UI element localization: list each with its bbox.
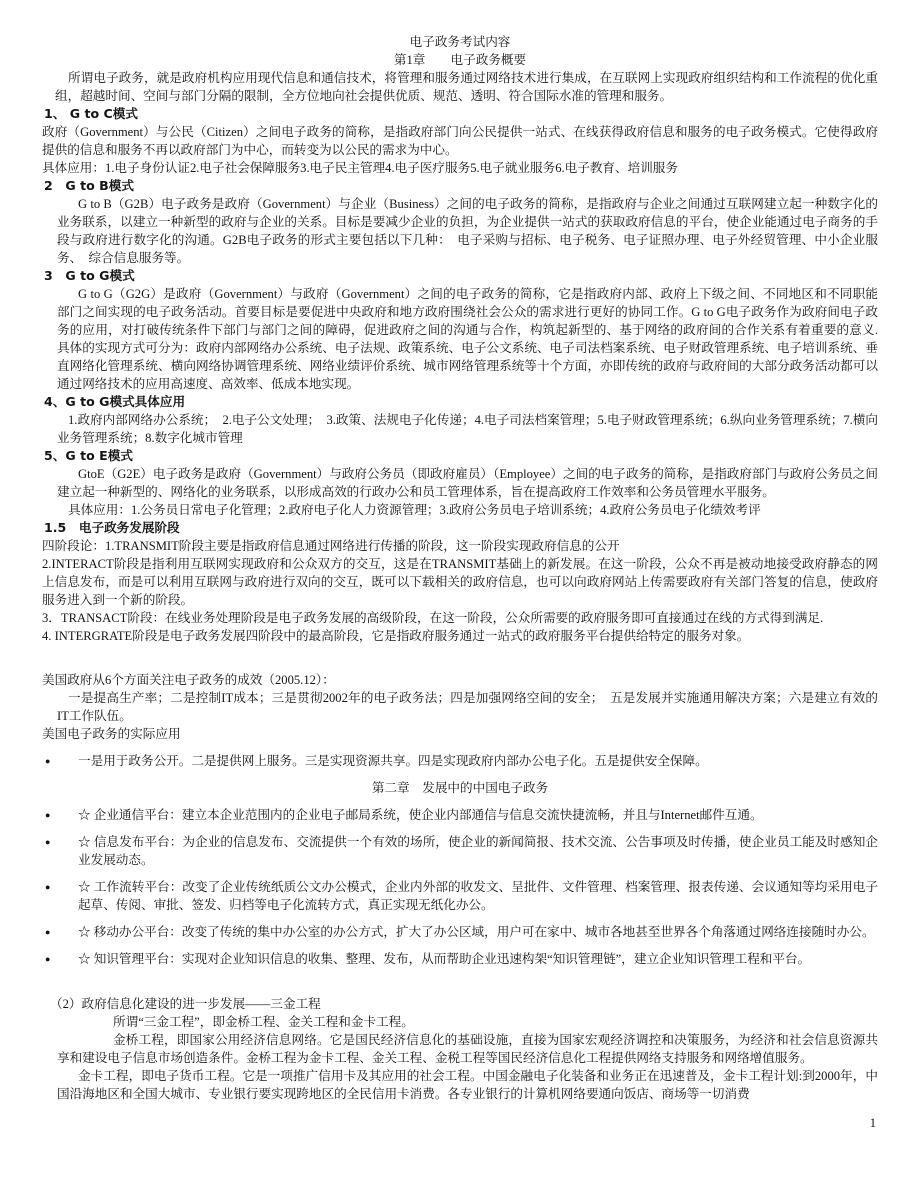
us-usage-heading: 美国电子政务的实际应用 [42,725,878,743]
list-item-platform-communication: ● ☆ 企业通信平台：建立本企业范围内的企业电子邮局系统，使企业内部通信与信息交… [42,806,878,824]
stage-interact: 2.INTERACT阶段是指利用互联网实现政府和公众双方的交互，这是在TRANS… [42,555,878,609]
sanjin-jinqiao: 金桥工程，即国家公用经济信息网络。它是国民经济信息化的基础设施，直接为国家宏观经… [42,1031,878,1067]
gtog-apps-body: 1.政府内部网络办公系统； 2.电子公文处理； 3.政策、法规电子化传递；4.电… [42,411,878,447]
bullet-icon: ● [42,833,78,869]
bullet-icon: ● [42,806,78,824]
gtob-body: G to B（G2B）电子政务是政府（Government）与企业（Busine… [42,195,878,267]
list-item-platform-publishing: ● ☆ 信息发布平台：为企业的信息发布、交流提供一个有效的场所，使企业的新闻简报… [42,833,878,869]
chapter2-heading: 第二章 发展中的中国电子政务 [42,779,878,797]
spacer [42,645,878,671]
spacer [42,977,878,995]
us-usage-text: 一是用于政务公开。二是提供网上服务。三是实现资源共享。四是实现政府内部办公电子化… [78,752,878,770]
sanjin-intro: 所谓“三金工程”，即金桥工程、金关工程和金卡工程。 [42,1013,878,1031]
us-focus-heading: 美国政府从6个方面关注电子政务的成效（2005.12）： [42,671,878,689]
gtoe-apps: 具体应用：1.公务员日常电子化管理；2.政府电子化人力资源管理；3.政府公务员电… [42,501,878,519]
sanjin-jinka: 金卡工程，即电子货币工程。它是一项推广信用卡及其应用的社会工程。中国金融电子化装… [42,1067,878,1103]
intro-paragraph: 所谓电子政务，就是政府机构应用现代信息和通信技术，将管理和服务通过网络技术进行集… [42,69,878,105]
section-heading-gtoe: 5、G to E模式 [42,447,878,465]
platform-text: ☆ 信息发布平台：为企业的信息发布、交流提供一个有效的场所，使企业的新闻简报、技… [78,833,878,869]
gtoe-body: GtoE（G2E）电子政务是政府（Government）与政府公务员（即政府雇员… [42,465,878,501]
gtog-body: G to G（G2G）是政府（Government）与政府（Government… [42,285,878,393]
section-heading-gtog: 3 G to G模式 [42,267,878,285]
list-item-us-usage: ● 一是用于政务公开。二是提供网上服务。三是实现资源共享。四是实现政府内部办公电… [42,752,878,770]
platform-text: ☆ 工作流转平台：改变了企业传统纸质公文办公模式，企业内外部的收发文、呈批件、文… [78,878,878,914]
sanjin-heading: （2）政府信息化建设的进一步发展——三金工程 [42,995,878,1013]
bullet-icon: ● [42,878,78,914]
gtoc-body: 政府（Government）与公民（Citizen）之间电子政务的简称，是指政府… [42,123,878,159]
list-item-platform-knowledge: ● ☆ 知识管理平台：实现对企业知识信息的收集、整理、发布，从而帮助企业迅速构架… [42,950,878,968]
document-body: 电子政务考试内容 第1章 电子政务概要 所谓电子政务，就是政府机构应用现代信息和… [42,33,878,1103]
stage-transmit: 四阶段论：1.TRANSMIT阶段主要是指政府信息通过网络进行传播的阶段，这一阶… [42,537,878,555]
platform-text: ☆ 移动办公平台：改变了传统的集中办公室的办公方式，扩大了办公区域，用户可在家中… [78,923,878,941]
bullet-icon: ● [42,950,78,968]
us-focus-items: 一是提高生产率；二是控制IT成本；三是贯彻2002年的电子政务法；四是加强网络空… [42,689,878,725]
chapter1-heading: 第1章 电子政务概要 [42,51,878,69]
list-item-platform-workflow: ● ☆ 工作流转平台：改变了企业传统纸质公文办公模式，企业内外部的收发文、呈批件… [42,878,878,914]
bullet-icon: ● [42,752,78,770]
section-heading-gtog-apps: 4、G to G模式具体应用 [42,393,878,411]
doc-title: 电子政务考试内容 [42,33,878,51]
document-page: 电子政务考试内容 第1章 电子政务概要 所谓电子政务，就是政府机构应用现代信息和… [0,0,920,1191]
section-heading-stages: 1.5 电子政务发展阶段 [42,519,878,537]
page-number: 1 [870,1114,876,1132]
section-heading-gtob: 2 G to B模式 [42,177,878,195]
platform-text: ☆ 知识管理平台：实现对企业知识信息的收集、整理、发布，从而帮助企业迅速构架“知… [78,950,878,968]
section-heading-gtoc: 1、 G to C模式 [42,105,878,123]
list-item-platform-mobile-office: ● ☆ 移动办公平台：改变了传统的集中办公室的办公方式，扩大了办公区域，用户可在… [42,923,878,941]
gtoc-apps: 具体应用：1.电子身份认证2.电子社会保障服务3.电子民主管理4.电子医疗服务5… [42,159,878,177]
bullet-icon: ● [42,923,78,941]
platform-text: ☆ 企业通信平台：建立本企业范围内的企业电子邮局系统，使企业内部通信与信息交流快… [78,806,878,824]
stage-transact: 3．TRANSACT阶段：在线业务处理阶段是电子政务发展的高级阶段，在这一阶段，… [42,609,878,627]
stage-intergrate: 4. INTERGRATE阶段是电子政务发展四阶段中的最高阶段，它是指政府服务通… [42,627,878,645]
